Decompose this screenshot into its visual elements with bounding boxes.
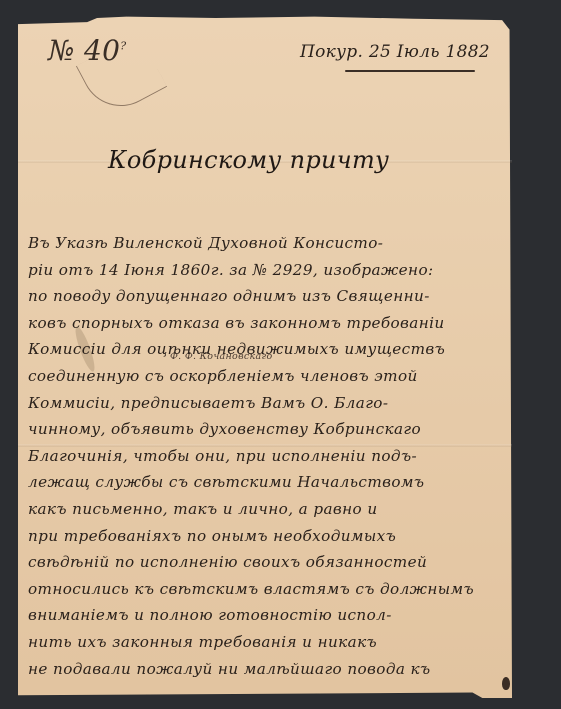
addressee-heading: Кобринскому причту <box>108 146 389 174</box>
body-line: нить ихъ законныя требованiя и никакъ <box>28 629 548 656</box>
body-line: свѣдѣнiй по исполненiю своихъ обязанност… <box>28 549 548 576</box>
body-line: лежащ службы съ свѣтскими Начальствомъ <box>28 469 548 496</box>
body-line: не подавали пожалуй ни малѣйшаго повода … <box>28 656 548 683</box>
body-line: Комиссiи для оцѣнки недвижимыхъ имуществ… <box>28 336 548 363</box>
body-line: Коммисiи, предписываетъ Вамъ О. Благо- <box>28 390 548 417</box>
body-line: рiи отъ 14 Iюня 1860г. за № 2929, изобра… <box>28 257 548 284</box>
body-line: относились къ свѣтскимъ властямъ съ долж… <box>28 576 548 603</box>
body-line: какъ письменно, такъ и лично, а равно и <box>28 496 548 523</box>
letter-body: Въ Указѣ Виленской Духовной Консисто- рi… <box>28 230 548 682</box>
body-line: по поводу допущеннаго однимъ изъ Священн… <box>28 283 548 310</box>
body-line: соединенную съ оскорбленiемъ членовъ это… <box>28 363 548 390</box>
body-line: чинному, объявить духовенству Кобринскаг… <box>28 416 548 443</box>
body-line: Благочинiя, чтобы они, при исполненiи по… <box>28 443 548 470</box>
ink-blot <box>502 677 510 690</box>
date-underline <box>345 70 475 72</box>
body-line: ковъ спорныхъ отказа въ законномъ требов… <box>28 310 548 337</box>
body-line: вниманiемъ и полною готовностiю испол- <box>28 602 548 629</box>
body-line: при требованiяхъ по онымъ необходимыхъ <box>28 523 548 550</box>
body-line: Въ Указѣ Виленской Духовной Консисто- <box>28 230 548 257</box>
date-line: Покур. 25 Iюль 1882 <box>300 42 490 62</box>
